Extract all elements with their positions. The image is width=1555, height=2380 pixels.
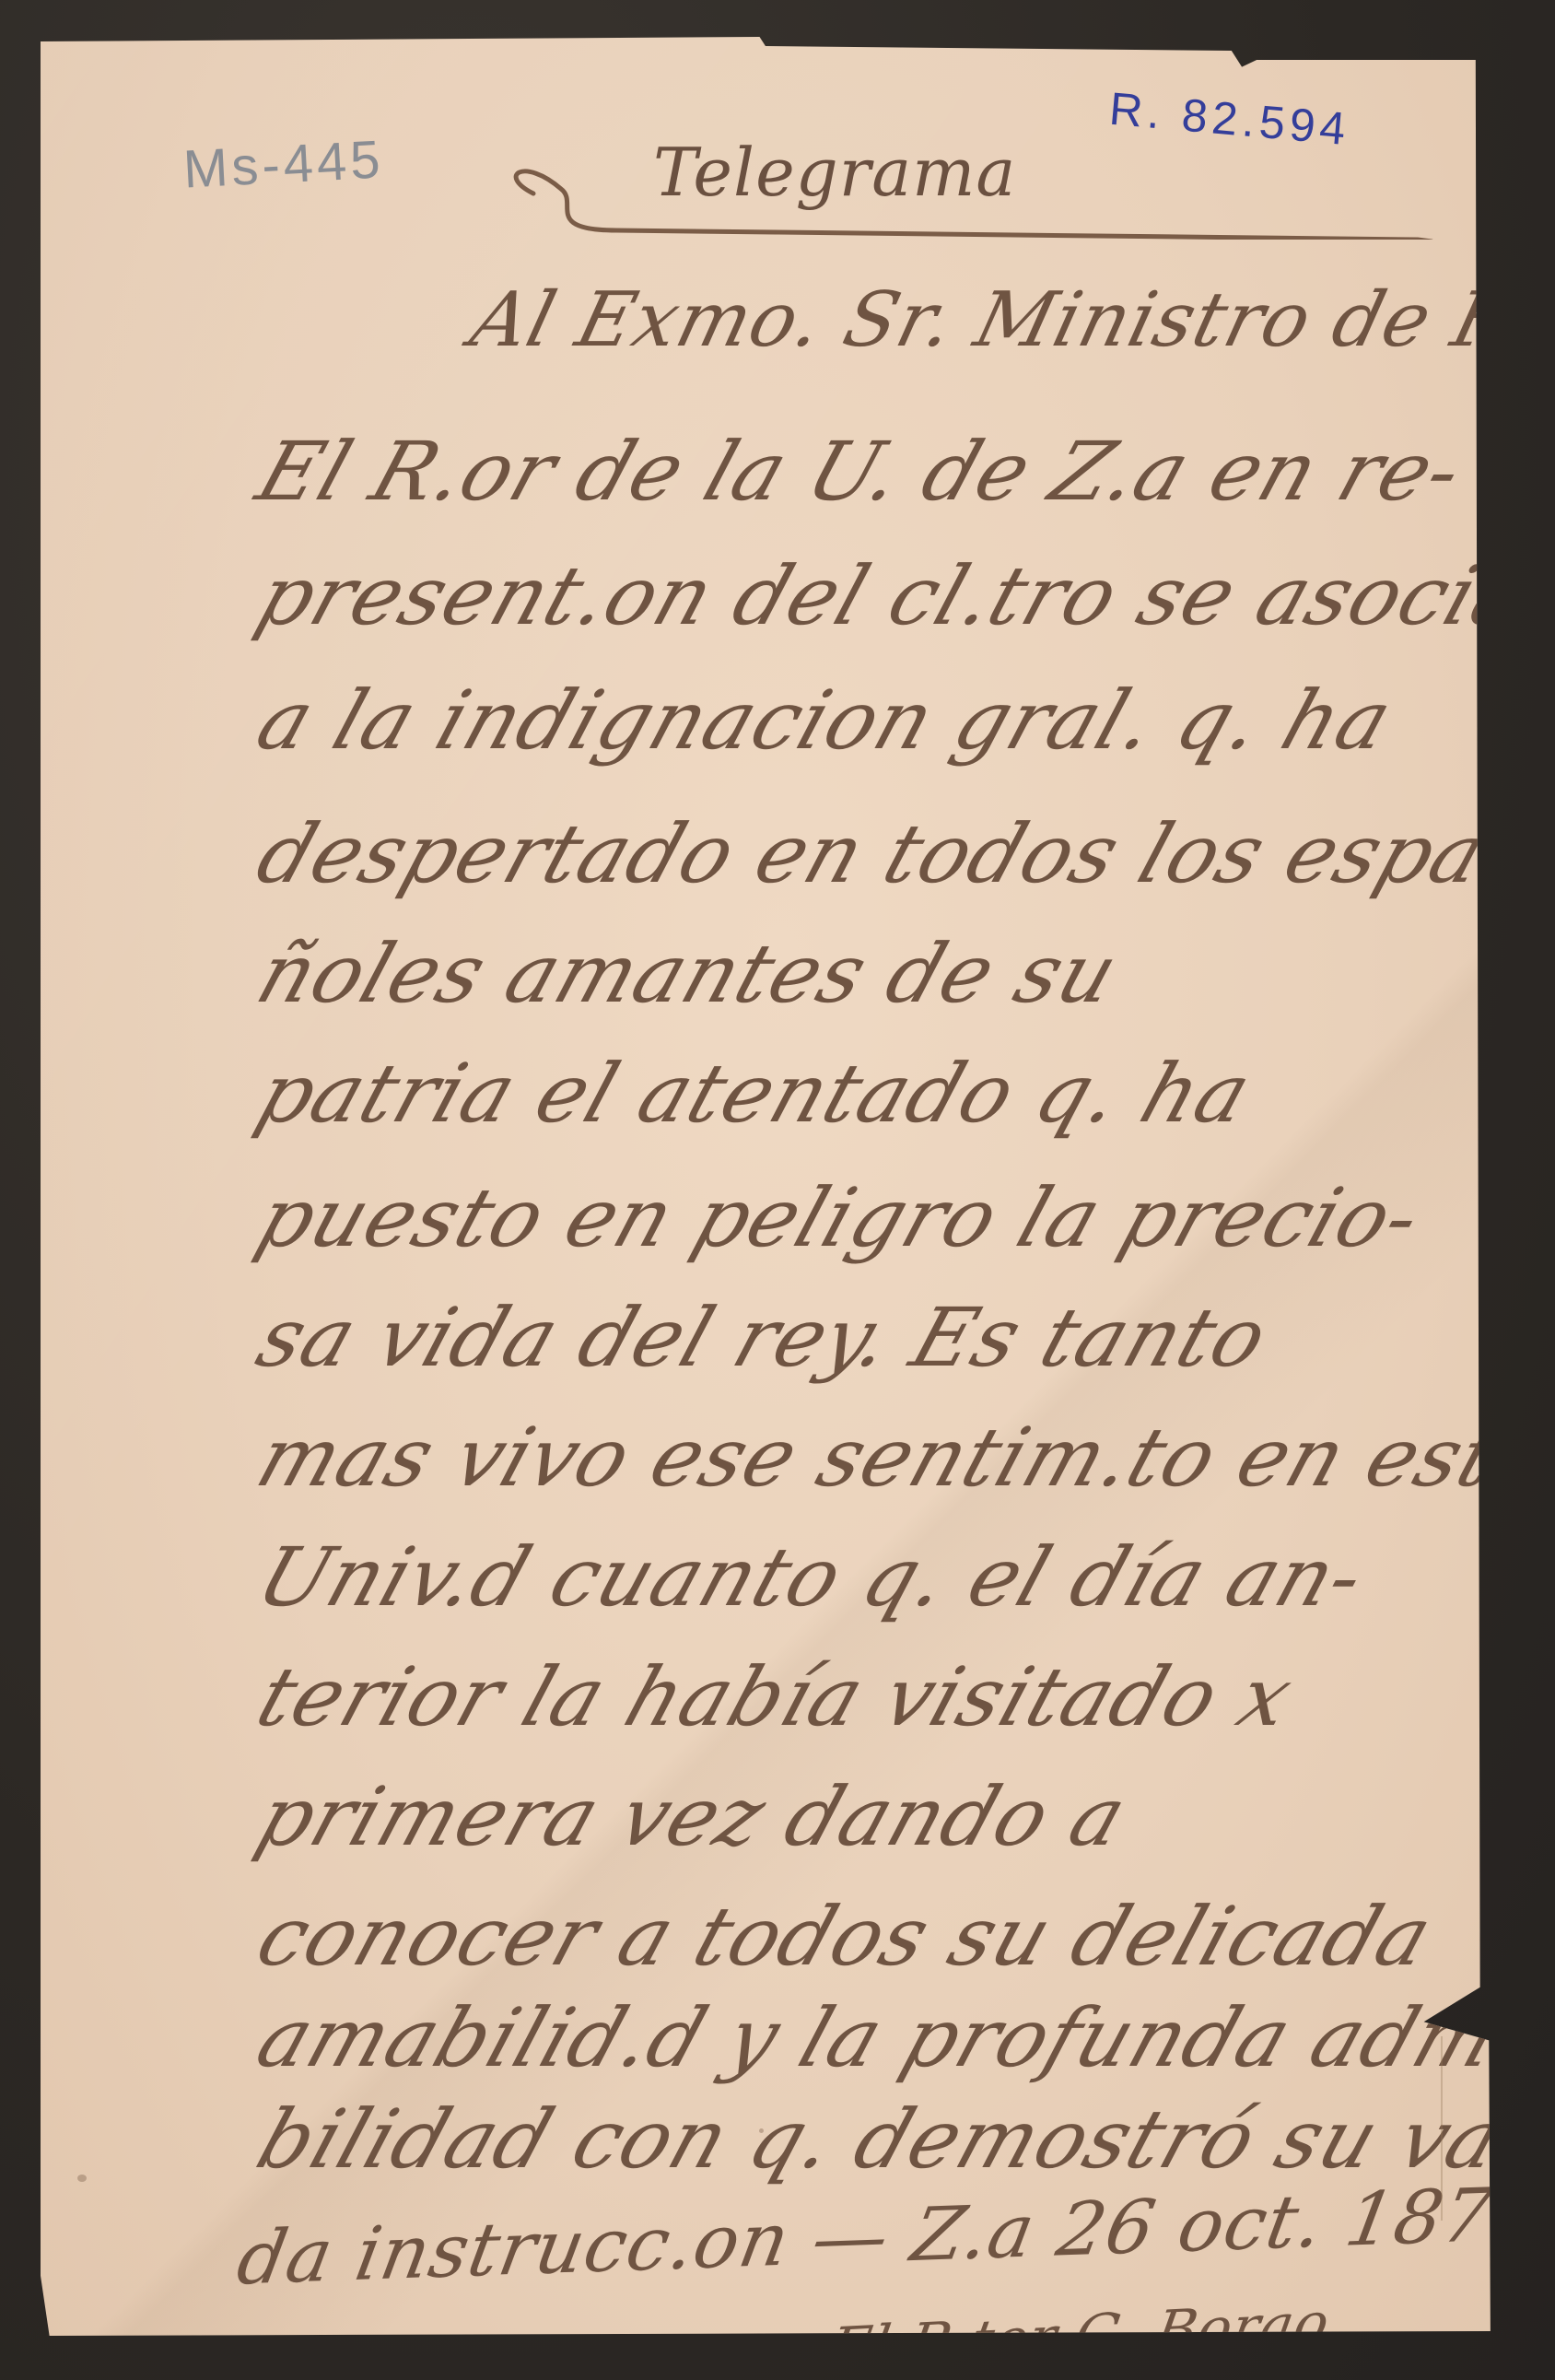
- body-line-8: sa vida del rey. Es tanto: [246, 1290, 1280, 1385]
- body-line-7: puesto en peligro la precio-: [246, 1170, 1432, 1265]
- body-line-3: a la indignacion gral. q. ha: [246, 673, 1404, 768]
- body-line-1: El R.or de la U. de Z.a en re-: [246, 424, 1474, 519]
- body-line-14: amabilid.d y la profunda admira-: [246, 1990, 1555, 2085]
- body-line-16-date: da instrucc.on — Z.a 26 oct. 1878: [231, 2171, 1548, 2302]
- body-line-11: terior la había visitado x: [246, 1649, 1304, 1744]
- body-line-2: present.on del cl.tro se asocia: [246, 548, 1539, 643]
- ink-register-number: R. 82.594: [1107, 82, 1352, 157]
- body-line-5: ñoles amantes de su: [246, 926, 1129, 1021]
- paper-speck: [759, 2128, 764, 2133]
- body-line-15: bilidad con q. demostró su varia-: [246, 2092, 1555, 2187]
- addressee-line: Al Exmo. Sr. Ministro de Fom.to: [462, 276, 1555, 364]
- body-line-6: patria el atentado q. ha: [246, 1046, 1263, 1141]
- paper-crease: [1441, 2036, 1443, 2221]
- body-line-4: despertado en todos los espa-: [246, 806, 1526, 901]
- body-line-12: primera vez dando a: [246, 1769, 1138, 1864]
- pencil-shelfmark: Ms-445: [181, 128, 385, 200]
- body-line-13: conocer a todos su delicada: [246, 1889, 1444, 1984]
- body-line-10: Univ.d cuanto q. el día an-: [246, 1530, 1376, 1624]
- body-line-9: mas vivo ese sentim.to en esta: [246, 1410, 1555, 1505]
- manuscript-sheet: Ms-445 R. 82.594 Telegrama Al Exmo. Sr. …: [41, 37, 1520, 2345]
- heading-underline-flourish: [506, 166, 1445, 240]
- paper-stain: [77, 2175, 87, 2182]
